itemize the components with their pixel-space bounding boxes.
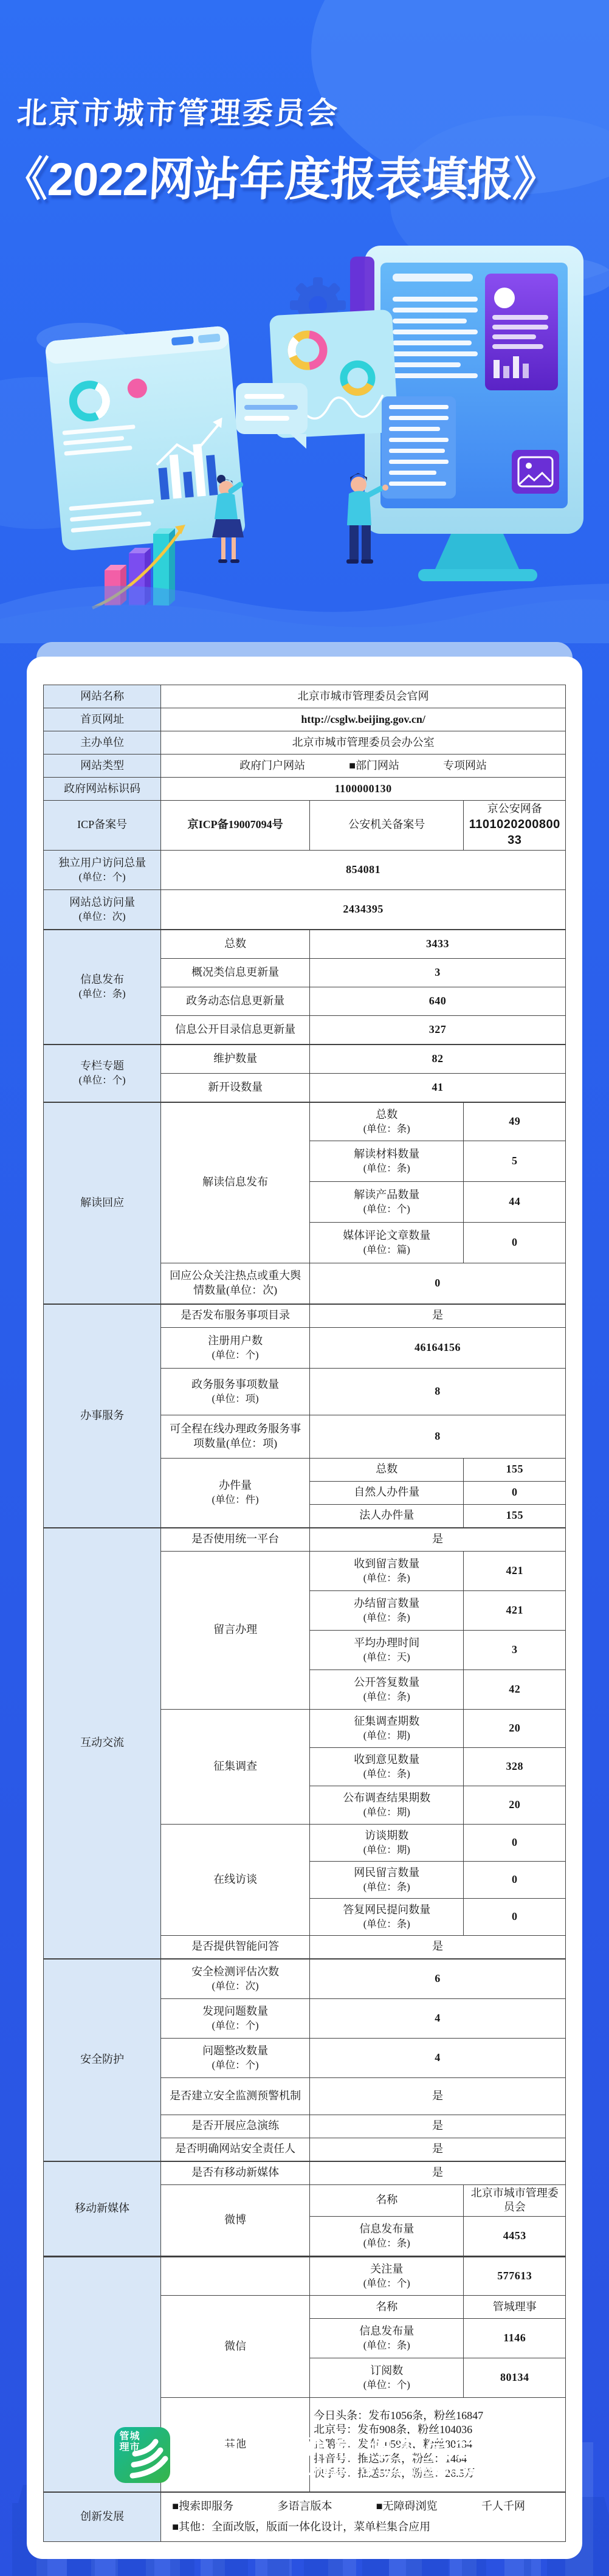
metric-value: 0 bbox=[464, 1861, 566, 1898]
metric-label: 政务服务事项数量 (单位：项) bbox=[161, 1368, 310, 1415]
metric-label: 回应公众关注热点或重大舆情数量(单位：次) bbox=[161, 1263, 310, 1304]
wechat-label: 微信 bbox=[161, 2296, 310, 2398]
metric-value: 42 bbox=[464, 1670, 566, 1709]
metric-value: 421 bbox=[464, 1551, 566, 1590]
home-url-value: http://csglw.beijing.gov.cn/ bbox=[161, 708, 566, 731]
metric-label: 解读材料数量 (单位：条) bbox=[310, 1141, 464, 1181]
metric-label: 是否开展应急演练 bbox=[161, 2115, 310, 2138]
metric-value: 4453 bbox=[464, 2217, 566, 2257]
metric-value: 是 bbox=[310, 2115, 566, 2138]
table-row: 网站名称 北京市城市管理委员会官网 bbox=[44, 685, 566, 708]
table-row: 网站类型 政府门户网站 ■部门网站 专项网站 bbox=[44, 754, 566, 778]
section-label-mobile: 移动新媒体 bbox=[44, 2161, 161, 2257]
metric-label: 注册用户数 (单位：个) bbox=[161, 1327, 310, 1368]
organizer-value: 北京市城市管理委员会办公室 bbox=[161, 731, 566, 754]
metric-label: 可全程在线办理政务服务事项数量(单位：项) bbox=[161, 1415, 310, 1458]
metric-value: 46164156 bbox=[310, 1327, 566, 1368]
site-type-option: 政府门户网站 bbox=[239, 759, 305, 773]
metric-label: 信息公开目录信息更新量 bbox=[161, 1015, 310, 1045]
innovation-option: 千人千网 bbox=[481, 2499, 525, 2514]
surveys-label: 征集调查 bbox=[161, 1709, 310, 1824]
metric-label: 收到留言数量 (单位：条) bbox=[310, 1551, 464, 1590]
annual-report-table: 网站名称 北京市城市管理委员会官网 首页网址 http://csglw.beij… bbox=[43, 685, 566, 2542]
header-org-title: 北京市城市管理委员会 bbox=[0, 89, 609, 133]
footer-org-en: BEIJING MUNICIPAL COMMISSION OF URBAN MA… bbox=[185, 2467, 494, 2478]
metric-value: 0 bbox=[464, 1824, 566, 1861]
metric-label: 发现问题数量 (单位：个) bbox=[161, 1998, 310, 2038]
table-row: 创新发展 ■搜索即服务 多语言版本 ■无障碍浏览 千人千网 ■其他：全面改版，版… bbox=[44, 2492, 566, 2542]
footer-org-text: 北京市城市管理委员会 BEIJING MUNICIPAL COMMISSION … bbox=[185, 2432, 494, 2478]
row-label: ICP备案号 bbox=[44, 801, 161, 851]
metric-label: 信息发布量 (单位：条) bbox=[310, 2319, 464, 2358]
metric-value: 41 bbox=[310, 1073, 566, 1102]
table-row: 首页网址 http://csglw.beijing.gov.cn/ bbox=[44, 708, 566, 731]
metric-value: 4 bbox=[310, 2038, 566, 2077]
metric-label: 公开答复数量 (单位：条) bbox=[310, 1670, 464, 1709]
metric-value: 5 bbox=[464, 1141, 566, 1181]
innovation-option-checked: ■无障碍浏览 bbox=[376, 2499, 438, 2514]
metric-value: 20 bbox=[464, 1709, 566, 1747]
wechat-name-value: 管城理事 bbox=[464, 2296, 566, 2319]
metric-label: 总数 (单位：条) bbox=[310, 1102, 464, 1141]
row-label: 网站类型 bbox=[44, 754, 161, 778]
table-row: 独立用户访问总量 (单位：个) 854081 bbox=[44, 850, 566, 889]
metric-value: 0 bbox=[464, 1222, 566, 1263]
table-row: 信息发布 (单位：条) 总数 3433 bbox=[44, 930, 566, 959]
poster-page: 北京市城市管理委员会 《2022网站年度报表填报》 bbox=[0, 0, 609, 2576]
metric-label: 平均办理时间 (单位：天) bbox=[310, 1630, 464, 1670]
metric-value: 640 bbox=[310, 987, 566, 1015]
metric-label: 办结留言数量 (单位：条) bbox=[310, 1590, 464, 1630]
header: 北京市城市管理委员会 《2022网站年度报表填报》 bbox=[0, 89, 609, 209]
report-card: 网站名称 北京市城市管理委员会官网 首页网址 http://csglw.beij… bbox=[27, 657, 582, 2559]
section-label-services: 办事服务 bbox=[44, 1304, 161, 1528]
metric-label: 答复网民提问数量 (单位：条) bbox=[310, 1898, 464, 1935]
metric-label: 总数 bbox=[310, 1458, 464, 1481]
table-row: 网站总访问量 (单位：次) 2434395 bbox=[44, 889, 566, 930]
site-code-value: 1100000130 bbox=[161, 778, 566, 801]
row-label: 独立用户访问总量 (单位：个) bbox=[44, 850, 161, 889]
metric-label: 名称 bbox=[310, 2296, 464, 2319]
metric-label: 解读产品数量 (单位：个) bbox=[310, 1181, 464, 1222]
innovation-option-checked: ■搜索即服务 bbox=[172, 2499, 233, 2514]
metric-value: 3433 bbox=[310, 930, 566, 959]
row-label: 网站名称 bbox=[44, 685, 161, 708]
metric-label: 名称 bbox=[310, 2184, 464, 2217]
weibo-label: 微博 bbox=[161, 2184, 310, 2257]
row-label: 网站总访问量 (单位：次) bbox=[44, 889, 161, 930]
leaf-arcs-icon bbox=[129, 2438, 169, 2482]
metric-label: 征集调查期数 (单位：期) bbox=[310, 1709, 464, 1747]
metric-value: 0 bbox=[310, 1263, 566, 1304]
metric-label: 公布调查结果期数 (单位：期) bbox=[310, 1786, 464, 1824]
table-row: 互动交流 是否使用统一平台 是 bbox=[44, 1528, 566, 1552]
metric-label: 是否使用统一平台 bbox=[161, 1528, 310, 1552]
metric-label: 关注量 (单位：个) bbox=[310, 2257, 464, 2296]
interviews-label: 在线访谈 bbox=[161, 1824, 310, 1935]
site-name-value: 北京市城市管理委员会官网 bbox=[161, 685, 566, 708]
metric-value: 3 bbox=[310, 958, 566, 987]
metric-value: 82 bbox=[310, 1045, 566, 1074]
weibo-name-value: 北京市城市管理委员会 bbox=[464, 2184, 566, 2217]
metric-value: 80134 bbox=[464, 2358, 566, 2398]
footer-org-cn: 北京市城市管理委员会 bbox=[185, 2432, 494, 2463]
table-row: ICP备案号 京ICP备19007094号 公安机关备案号 京公安网备 1101… bbox=[44, 801, 566, 851]
police-record-number: 110102020080033 bbox=[467, 817, 562, 849]
metric-value: 49 bbox=[464, 1102, 566, 1141]
metric-label: 是否发布服务事项目录 bbox=[161, 1304, 310, 1328]
table-row: 安全防护 安全检测评估次数 (单位：次) 6 bbox=[44, 1959, 566, 1999]
icp-value: 京ICP备19007094号 bbox=[161, 801, 310, 851]
metric-value: 4 bbox=[310, 1998, 566, 2038]
metric-value: 0 bbox=[464, 1898, 566, 1935]
metric-value: 是 bbox=[310, 1935, 566, 1959]
metric-value: 577613 bbox=[464, 2257, 566, 2296]
metric-label: 信息发布量 (单位：条) bbox=[310, 2217, 464, 2257]
metric-value: 8 bbox=[310, 1415, 566, 1458]
metric-value: 是 bbox=[310, 2077, 566, 2115]
metric-label: 订阅数 (单位：个) bbox=[310, 2358, 464, 2398]
row-label: 首页网址 bbox=[44, 708, 161, 731]
metric-value: 421 bbox=[464, 1590, 566, 1630]
metric-value: 是 bbox=[310, 1528, 566, 1552]
metric-label: 法人办件量 bbox=[310, 1504, 464, 1528]
metric-label: 自然人办件量 bbox=[310, 1481, 464, 1504]
metric-value: 8 bbox=[310, 1368, 566, 1415]
section-label-innovation: 创新发展 bbox=[44, 2492, 161, 2542]
site-type-options: 政府门户网站 ■部门网站 专项网站 bbox=[161, 754, 566, 778]
police-record-value: 京公安网备 110102020080033 bbox=[464, 801, 566, 851]
avatar bbox=[494, 288, 515, 308]
metric-value: 155 bbox=[464, 1458, 566, 1481]
site-type-option: 专项网站 bbox=[443, 759, 487, 773]
table-row: 办事服务 是否发布服务事项目录 是 bbox=[44, 1304, 566, 1328]
metric-value: 3 bbox=[464, 1630, 566, 1670]
metric-label: 是否建立安全监测预警机制 bbox=[161, 2077, 310, 2115]
innovation-other: ■其他：全面改版，版面一体化设计，菜单栏集合应用 bbox=[165, 2520, 562, 2535]
metric-label: 安全检测评估次数 (单位：次) bbox=[161, 1959, 310, 1999]
metric-value: 44 bbox=[464, 1181, 566, 1222]
metric-label: 总数 bbox=[161, 930, 310, 959]
metric-value: 是 bbox=[310, 1304, 566, 1328]
table-row: 移动新媒体 是否有移动新媒体 是 bbox=[44, 2161, 566, 2185]
section-label-interpret: 解读回应 bbox=[44, 1102, 161, 1304]
site-type-option-checked: ■部门网站 bbox=[349, 759, 399, 773]
metric-value: 155 bbox=[464, 1504, 566, 1528]
profile-panel bbox=[485, 274, 558, 390]
speech-bubble-icon bbox=[236, 383, 308, 449]
metric-label: 新开设数量 bbox=[161, 1073, 310, 1102]
metric-label: 政务动态信息更新量 bbox=[161, 987, 310, 1015]
other-media-line: 今日头条：发布1056条，粉丝16847 bbox=[314, 2409, 562, 2423]
table-row: 专栏专题 (单位：个) 维护数量 82 bbox=[44, 1045, 566, 1074]
innovation-option: 多语言版本 bbox=[277, 2499, 332, 2514]
unique-visitors-value: 854081 bbox=[161, 850, 566, 889]
metric-value: 0 bbox=[464, 1481, 566, 1504]
footer: 管城 理市 北京市城市管理委员会 BEIJING MUNICIPAL COMMI… bbox=[0, 2427, 609, 2483]
metric-label: 是否提供智能问答 bbox=[161, 1935, 310, 1959]
weibo-label-cont bbox=[161, 2257, 310, 2296]
police-record-prefix: 京公安网备 bbox=[467, 802, 562, 817]
table-row: 主办单位 北京市城市管理委员会办公室 bbox=[44, 731, 566, 754]
metric-label: 收到意见数量 (单位：条) bbox=[310, 1747, 464, 1786]
section-label-columns: 专栏专题 (单位：个) bbox=[44, 1045, 161, 1102]
row-label: 主办单位 bbox=[44, 731, 161, 754]
section-label-interaction: 互动交流 bbox=[44, 1528, 161, 1959]
metric-value: 327 bbox=[310, 1015, 566, 1045]
text-panel bbox=[382, 396, 456, 499]
metric-label: 问题整改数量 (单位：个) bbox=[161, 2038, 310, 2077]
total-visits-value: 2434395 bbox=[161, 889, 566, 930]
metric-label: 是否有移动新媒体 bbox=[161, 2161, 310, 2185]
cases-label: 办件量 (单位：件) bbox=[161, 1458, 310, 1528]
metric-label: 访谈期数 (单位：期) bbox=[310, 1824, 464, 1861]
table-row: 政府网站标识码 1100000130 bbox=[44, 778, 566, 801]
table-row: 解读回应 解读信息发布 总数 (单位：条) 49 bbox=[44, 1102, 566, 1141]
row-label: 政府网站标识码 bbox=[44, 778, 161, 801]
innovation-cell: ■搜索即服务 多语言版本 ■无障碍浏览 千人千网 ■其他：全面改版，版面一体化设… bbox=[161, 2492, 566, 2542]
table-row: 关注量 (单位：个) 577613 bbox=[44, 2257, 566, 2296]
metric-label: 媒体评论文章数量 (单位：篇) bbox=[310, 1222, 464, 1263]
org-logo: 管城 理市 bbox=[114, 2427, 170, 2483]
police-record-label: 公安机关备案号 bbox=[310, 801, 464, 851]
metric-value: 6 bbox=[310, 1959, 566, 1999]
metric-label: 网民留言数量 (单位：条) bbox=[310, 1861, 464, 1898]
metric-value: 328 bbox=[464, 1747, 566, 1786]
metric-value: 是 bbox=[310, 2161, 566, 2185]
section-label-info-publish: 信息发布 (单位：条) bbox=[44, 930, 161, 1045]
image-tile bbox=[512, 450, 559, 494]
metric-value: 是 bbox=[310, 2138, 566, 2161]
section-label-security: 安全防护 bbox=[44, 1959, 161, 2161]
header-report-title: 《2022网站年度报表填报》 bbox=[0, 142, 609, 209]
metric-value: 1146 bbox=[464, 2319, 566, 2358]
metric-label: 维护数量 bbox=[161, 1045, 310, 1074]
messages-label: 留言办理 bbox=[161, 1551, 310, 1709]
hero-illustration bbox=[0, 214, 609, 643]
interpret-publish-label: 解读信息发布 bbox=[161, 1102, 310, 1263]
metric-value: 20 bbox=[464, 1786, 566, 1824]
metric-label: 是否明确网站安全责任人 bbox=[161, 2138, 310, 2161]
metric-label: 概况类信息更新量 bbox=[161, 958, 310, 987]
